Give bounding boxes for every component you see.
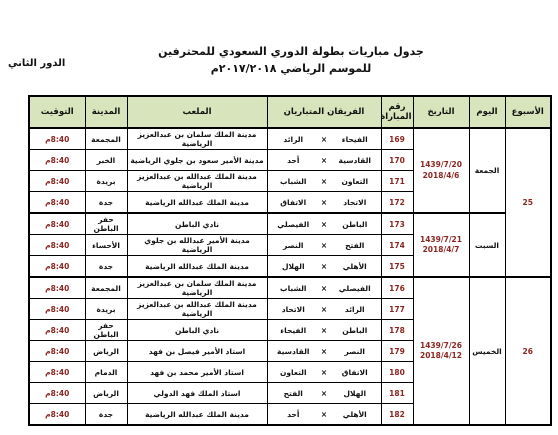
header-match-no: رقم المباراة (381, 96, 413, 128)
date-gregorian: 2018/4/7 (415, 245, 468, 255)
header-time: التوقيت (29, 96, 85, 128)
teams-cell: الهلال × الفتح (267, 383, 381, 404)
date-gregorian: 2018/4/6 (415, 171, 468, 181)
city-cell: بريدة (85, 171, 127, 192)
away-team: النصر (269, 241, 319, 250)
match-number-cell: 172 (381, 192, 413, 214)
header-row: الأسبوع اليوم التاريخ رقم المباراة الفري… (29, 96, 551, 128)
date-gregorian: 2018/4/12 (415, 351, 468, 361)
teams-cell: القادسية × أحد (267, 150, 381, 171)
stadium-cell: نادي الباطن (127, 213, 267, 235)
away-team: الشباب (269, 177, 319, 186)
teams-cell: الفيحاء × الرائد (267, 128, 381, 150)
teams-cell: التعاون × الشباب (267, 171, 381, 192)
home-team: القادسية (330, 156, 380, 165)
header-date: التاريخ (413, 96, 469, 128)
home-team: الفتح (330, 241, 380, 250)
city-cell: حفر الباطن (85, 213, 127, 235)
away-team: القادسية (269, 347, 319, 356)
vs-symbol: × (318, 326, 330, 335)
teams-cell: الاتفاق × التعاون (267, 362, 381, 383)
home-team: الفيحاء (330, 135, 380, 144)
home-team: الاتحاد (330, 198, 380, 207)
home-team: الأهلي (330, 410, 380, 419)
away-team: الفيصلي (269, 220, 319, 229)
match-number-cell: 182 (381, 404, 413, 426)
week-cell: 26 (505, 277, 551, 425)
teams-cell: النصر × القادسية (267, 341, 381, 362)
teams-cell: الرائد × الاتحاد (267, 299, 381, 320)
day-cell: الخميس (469, 277, 505, 425)
header-week: الأسبوع (505, 96, 551, 128)
away-team: الفيحاء (269, 326, 319, 335)
vs-symbol: × (318, 135, 330, 144)
match-row: 25 الجمعة 1439/7/20 2018/4/6 169 الفيحاء… (29, 128, 551, 150)
time-cell: 8:40م (29, 404, 85, 426)
stadium-cell: مدينة الملك عبدالله الرياضية (127, 192, 267, 214)
home-team: الهلال (330, 389, 380, 398)
home-team: الباطن (330, 326, 380, 335)
schedule-page: جدول مباريات بطولة الدوري السعودي للمحتر… (0, 0, 558, 435)
match-number-cell: 179 (381, 341, 413, 362)
away-team: الشباب (269, 284, 319, 293)
home-team: التعاون (330, 177, 380, 186)
away-team: الاتفاق (269, 198, 319, 207)
schedule-table: الأسبوع اليوم التاريخ رقم المباراة الفري… (28, 95, 552, 426)
time-cell: 8:40م (29, 213, 85, 235)
time-cell: 8:40م (29, 150, 85, 171)
stadium-cell: استاد الملك فهد الدولي (127, 383, 267, 404)
stadium-cell: نادي الباطن (127, 320, 267, 341)
day-cell: الجمعة (469, 128, 505, 213)
away-team: أحد (269, 410, 319, 419)
time-cell: 8:40م (29, 341, 85, 362)
vs-symbol: × (318, 389, 330, 398)
match-number-cell: 169 (381, 128, 413, 150)
stadium-cell: مدينة الملك عبدالله بن عبدالعزيز الرياضي… (127, 299, 267, 320)
time-cell: 8:40م (29, 171, 85, 192)
week-cell: 25 (505, 128, 551, 277)
city-cell: جدة (85, 404, 127, 426)
teams-cell: الفتح × النصر (267, 235, 381, 256)
title-line-2: للموسم الرياضي ٢٠١٧/٢٠١٨م (30, 61, 552, 78)
teams-cell: الاتحاد × الاتفاق (267, 192, 381, 214)
time-cell: 8:40م (29, 235, 85, 256)
match-number-cell: 181 (381, 383, 413, 404)
match-number-cell: 177 (381, 299, 413, 320)
match-number-cell: 173 (381, 213, 413, 235)
date-hijri: 1439/7/20 (415, 160, 468, 170)
city-cell: الرياض (85, 341, 127, 362)
time-cell: 8:40م (29, 256, 85, 278)
away-team: الفتح (269, 389, 319, 398)
stadium-cell: مدينة الأمير عبدالله بن جلوي الرياضية (127, 235, 267, 256)
home-team: الباطن (330, 220, 380, 229)
match-number-cell: 175 (381, 256, 413, 278)
city-cell: الرياض (85, 383, 127, 404)
header-day: اليوم (469, 96, 505, 128)
teams-cell: الباطن × الفيحاء (267, 320, 381, 341)
match-number-cell: 171 (381, 171, 413, 192)
date-cell: 1439/7/21 2018/4/7 (413, 213, 469, 277)
schedule-table-wrap: الأسبوع اليوم التاريخ رقم المباراة الفري… (28, 95, 552, 426)
match-row: السبت 1439/7/21 2018/4/7 173 الباطن × ال… (29, 213, 551, 235)
city-cell: جدة (85, 256, 127, 278)
time-cell: 8:40م (29, 362, 85, 383)
city-cell: المجمعة (85, 277, 127, 299)
away-team: التعاون (269, 368, 319, 377)
date-hijri: 1439/7/26 (415, 341, 468, 351)
away-team: أحد (269, 156, 319, 165)
stadium-cell: مدينة الأمير سعود بن جلوي الرياضية (127, 150, 267, 171)
away-team: الرائد (269, 135, 319, 144)
stadium-cell: مدينة الملك سلمان بن عبدالعزيز الرياضية (127, 277, 267, 299)
home-team: النصر (330, 347, 380, 356)
date-hijri: 1439/7/21 (415, 235, 468, 245)
match-number-cell: 180 (381, 362, 413, 383)
time-cell: 8:40م (29, 320, 85, 341)
page-title: جدول مباريات بطولة الدوري السعودي للمحتر… (30, 44, 552, 77)
stadium-cell: مدينة الملك سلمان بن عبدالعزيز الرياضية (127, 128, 267, 150)
teams-cell: الفيصلي × الشباب (267, 277, 381, 299)
match-number-cell: 176 (381, 277, 413, 299)
vs-symbol: × (318, 347, 330, 356)
stadium-cell: مدينة الملك عبدالله بن عبدالعزيز الرياضي… (127, 171, 267, 192)
time-cell: 8:40م (29, 383, 85, 404)
day-cell: السبت (469, 213, 505, 277)
match-number-cell: 170 (381, 150, 413, 171)
city-cell: جدة (85, 192, 127, 214)
away-team: الاتحاد (269, 305, 319, 314)
title-line-1: جدول مباريات بطولة الدوري السعودي للمحتر… (30, 44, 552, 61)
vs-symbol: × (318, 410, 330, 419)
city-cell: الخبر (85, 150, 127, 171)
stadium-cell: مدينة الملك عبدالله الرياضية (127, 256, 267, 278)
stadium-cell: استاد الأمير فيصل بن فهد (127, 341, 267, 362)
away-team: الهلال (269, 262, 319, 271)
match-number-cell: 178 (381, 320, 413, 341)
stadium-cell: مدينة الملك عبدالله الرياضية (127, 404, 267, 426)
date-cell: 1439/7/20 2018/4/6 (413, 128, 469, 213)
header-stadium: الملعب (127, 96, 267, 128)
city-cell: المجمعة (85, 128, 127, 150)
date-cell: 1439/7/26 2018/4/12 (413, 277, 469, 425)
vs-symbol: × (318, 241, 330, 250)
vs-symbol: × (318, 284, 330, 293)
teams-cell: الباطن × الفيصلي (267, 213, 381, 235)
header-city: المدينة (85, 96, 127, 128)
city-cell: الدمام (85, 362, 127, 383)
round-label: الدور الثاني (8, 58, 65, 69)
match-row: 26 الخميس 1439/7/26 2018/4/12 176 الفيصل… (29, 277, 551, 299)
teams-cell: الأهلي × الهلال (267, 256, 381, 278)
vs-symbol: × (318, 177, 330, 186)
vs-symbol: × (318, 220, 330, 229)
home-team: الاتفاق (330, 368, 380, 377)
stadium-cell: استاد الأمير محمد بن فهد (127, 362, 267, 383)
vs-symbol: × (318, 368, 330, 377)
time-cell: 8:40م (29, 277, 85, 299)
time-cell: 8:40م (29, 192, 85, 214)
home-team: الأهلي (330, 262, 380, 271)
vs-symbol: × (318, 262, 330, 271)
header-teams: الفريقان المتباريان (267, 96, 381, 128)
teams-cell: الأهلي × أحد (267, 404, 381, 426)
vs-symbol: × (318, 305, 330, 314)
vs-symbol: × (318, 156, 330, 165)
city-cell: بريدة (85, 299, 127, 320)
home-team: الرائد (330, 305, 380, 314)
time-cell: 8:40م (29, 299, 85, 320)
city-cell: الأحساء (85, 235, 127, 256)
match-number-cell: 174 (381, 235, 413, 256)
city-cell: حفر الباطن (85, 320, 127, 341)
home-team: الفيصلي (330, 284, 380, 293)
vs-symbol: × (318, 198, 330, 207)
time-cell: 8:40م (29, 128, 85, 150)
